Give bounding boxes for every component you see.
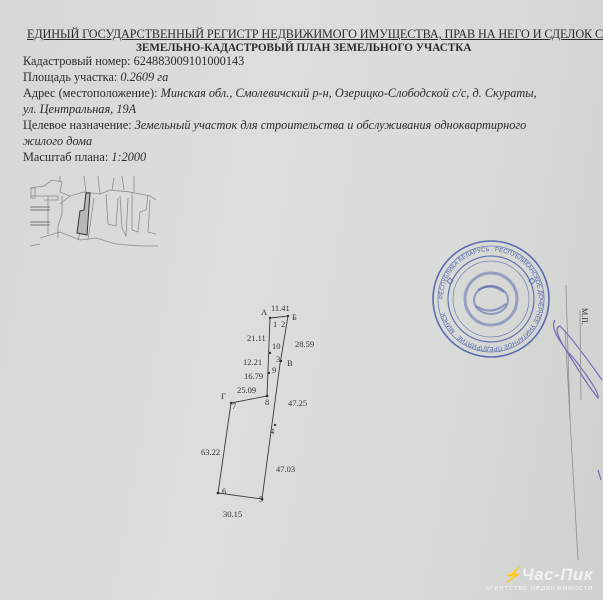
lightning-logo-icon: ⚡ (502, 567, 521, 584)
point-9: 9 (272, 365, 276, 375)
location-overview-map (30, 176, 158, 246)
stamp-text-path: РЕСПУБЛИКА БЕЛАРУСЬ · РЕСПУБЛИКАНСКОЕ ДО… (439, 247, 543, 351)
length-left-mid-2: 16.79 (244, 371, 263, 381)
point-10: 10 (272, 341, 281, 351)
watermark-logo: ⚡Час-Пик агентство недвижимости (485, 565, 593, 592)
length-left-long: 63.22 (201, 447, 220, 457)
point-6: 6 (222, 486, 226, 496)
official-stamp (433, 241, 549, 357)
length-A-B: 11.41 (271, 303, 290, 313)
point-7: 7 (232, 401, 236, 411)
point-4: 4 (270, 426, 275, 436)
corner-V: В (287, 358, 293, 368)
point-2: 2 (281, 319, 285, 329)
plot-labels: А Б В Г 1 2 3 4 5 6 7 8 9 10 11.41 21.11… (201, 303, 314, 519)
mp-label: М.П. (580, 308, 589, 325)
point-5: 5 (259, 494, 263, 504)
drawing-layer: А Б В Г 1 2 3 4 5 6 7 8 9 10 11.41 21.11… (0, 0, 603, 600)
length-left-mid-1: 12.21 (243, 357, 262, 367)
length-left-upper: 21.11 (247, 333, 266, 343)
watermark-subtitle: агентство недвижимости (485, 584, 593, 592)
corner-G: Г (221, 391, 226, 401)
corner-A: А (261, 307, 268, 317)
length-step-top: 25.09 (237, 385, 256, 395)
watermark-brand: ⚡Час-Пик (485, 565, 593, 585)
margin-lines (565, 285, 581, 560)
signature (554, 320, 602, 480)
point-8: 8 (265, 397, 269, 407)
stamp-text: РЕСПУБЛИКА БЕЛАРУСЬ · РЕСПУБЛИКАНСКОЕ ДО… (439, 247, 543, 351)
length-right-mid: 47.25 (288, 398, 307, 408)
length-right-upper: 28.59 (295, 339, 314, 349)
length-right-lower: 47.03 (276, 464, 295, 474)
corner-B: Б (292, 312, 297, 322)
highlighted-plot-on-overview (77, 193, 90, 235)
point-3: 3 (276, 354, 280, 364)
length-bottom: 30.15 (223, 509, 242, 519)
point-1: 1 (273, 319, 277, 329)
